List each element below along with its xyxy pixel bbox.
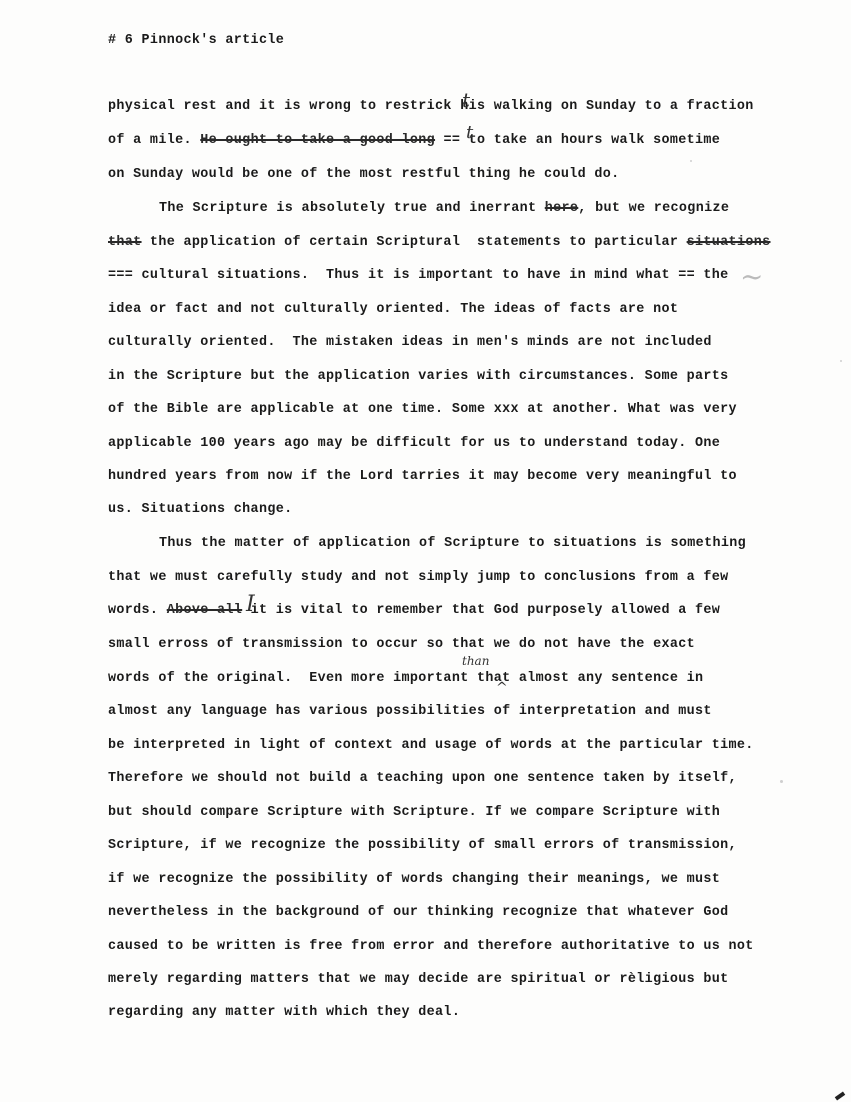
text-line: Scripture, if we recognize the possibili… — [108, 838, 737, 854]
text-line: culturally oriented. The mistaken ideas … — [108, 335, 712, 351]
document-page: # 6 Pinnock's article physical rest and … — [0, 0, 851, 1102]
scan-speck — [690, 160, 692, 162]
text-line: that we must carefully study and not sim… — [108, 570, 729, 586]
text-line: that the application of certain Scriptur… — [108, 235, 770, 251]
scan-corner-mark — [835, 1091, 845, 1100]
text-line: The Scripture is absolutely true and ine… — [159, 201, 729, 217]
struck-text: situations — [687, 235, 771, 250]
text-line: us. Situations change. — [108, 502, 293, 518]
page-header: # 6 Pinnock's article — [108, 33, 284, 49]
text-line: merely regarding matters that we may dec… — [108, 972, 729, 988]
text-segment: it is vital to remember that God purpose… — [242, 603, 720, 618]
text-line: caused to be written is free from error … — [108, 939, 754, 955]
text-line: of a mile. He ought to take a good long … — [108, 133, 720, 149]
text-line: idea or fact and not culturally oriented… — [108, 302, 678, 318]
handwritten-than-insert: than — [462, 654, 489, 668]
text-segment: , but we recognize — [578, 201, 729, 216]
struck-text: Above all — [167, 603, 242, 618]
text-line: hundred years from now if the Lord tarri… — [108, 469, 737, 485]
text-line: small erross of transmission to occur so… — [108, 637, 695, 653]
text-line: Therefore we should not build a teaching… — [108, 771, 737, 787]
text-line: nevertheless in the background of our th… — [108, 905, 729, 921]
text-line: Thus the matter of application of Script… — [159, 536, 746, 552]
text-line: words of the original. Even more importa… — [108, 671, 703, 687]
text-line: on Sunday would be one of the most restf… — [108, 167, 620, 183]
struck-text: He ought to take a good long — [200, 133, 435, 148]
text-line: almost any language has various possibil… — [108, 704, 712, 720]
text-line: but should compare Scripture with Script… — [108, 805, 720, 821]
text-segment: words. — [108, 603, 167, 618]
scan-speck — [780, 780, 783, 783]
text-segment: == to take an hours walk sometime — [435, 133, 720, 148]
text-line: applicable 100 years ago may be difficul… — [108, 436, 720, 452]
text-line: if we recognize the possibility of words… — [108, 872, 720, 888]
text-segment: the application of certain Scriptural st… — [142, 235, 687, 250]
text-line: of the Bible are applicable at one time.… — [108, 402, 737, 418]
text-line: words. Above all it is vital to remember… — [108, 603, 720, 619]
text-line: physical rest and it is wrong to restric… — [108, 99, 754, 115]
text-line: in the Scripture but the application var… — [108, 369, 729, 385]
struck-text: here — [545, 201, 579, 216]
text-line: regarding any matter with which they dea… — [108, 1005, 460, 1021]
text-line: be interpreted in light of context and u… — [108, 738, 754, 754]
margin-mark: ~ — [740, 260, 763, 293]
text-line: === cultural situations. Thus it is impo… — [108, 268, 729, 284]
struck-text: that — [108, 235, 142, 250]
text-segment: of a mile. — [108, 133, 192, 148]
text-segment: The Scripture is absolutely true and ine… — [159, 201, 545, 216]
scan-speck — [840, 360, 842, 362]
